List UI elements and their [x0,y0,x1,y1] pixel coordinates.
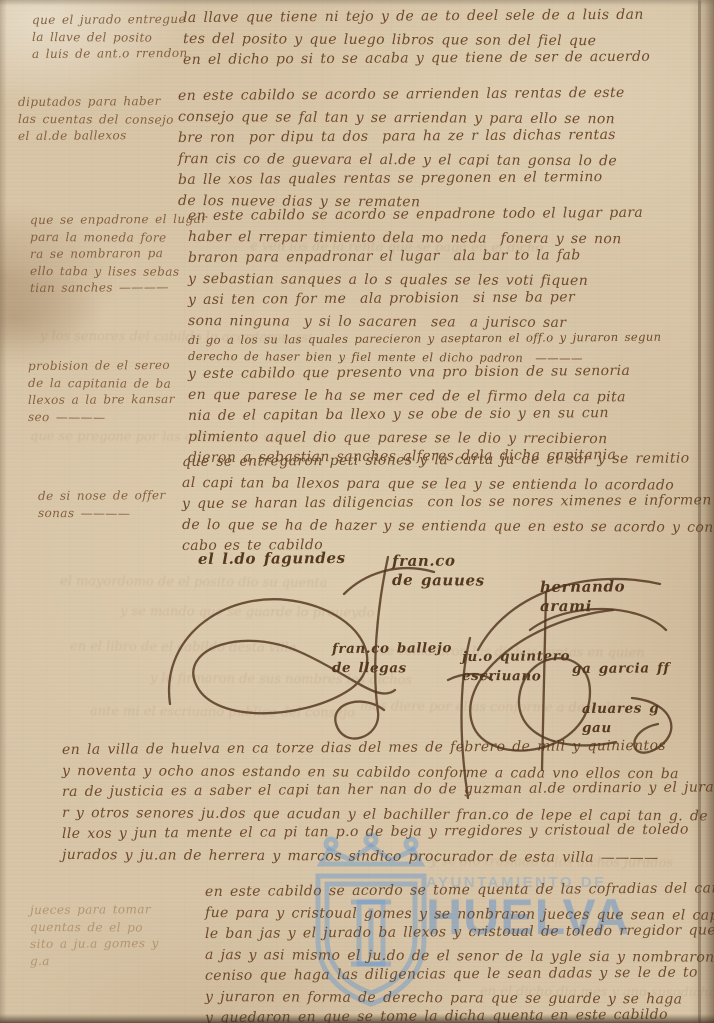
margin-note: diputados para haberlas cuentas del cons… [18,94,186,145]
manuscript-text-line: en este cabildo se acordo se enpadrone t… [188,202,710,227]
manuscript-text-line: llexos a la bre kansar [28,391,190,409]
manuscript-text-line: y asi ten con for me ala probision si ns… [188,286,710,311]
manuscript-text-line: aluares g [582,699,659,719]
manuscript-text-line: ra de justicia es a saber el capi tan he… [62,777,710,803]
manuscript-text-line: diputados para haber [18,93,186,111]
manuscript-text-line: braron para enpadronar el lugar ala bar … [188,244,710,269]
manuscript-text-line: nia de el capitan ba llexo y se obe de s… [188,402,710,427]
margin-note: que se enpadrone el lugarpara la moneda … [30,212,198,297]
manuscript-text-line: g.a [30,953,202,971]
manuscript-text-line: de llegas [332,659,452,679]
bleedthrough-text: en el libro de el cabildo desta villa [70,639,297,656]
signature: el l.do fagundes [198,550,346,569]
signature: fran.code gauues [392,552,485,590]
manuscript-text-line: ra se nombraron pa [30,245,198,263]
manuscript-text-line: tian sanches ———— [30,279,198,297]
manuscript-text-line: bre ron por dipu ta dos para ha ze r las… [178,124,706,149]
manuscript-text-line: y quedaron en que se tome la dicha quent… [205,1004,710,1023]
manuscript-text-line: de si nose de offer [38,487,198,505]
text-block: que se entregaron peti siones y la carta… [182,452,712,557]
signature: aluares ggau [582,700,659,738]
manuscript-text-line: sonas ———— [38,505,198,523]
manuscript-text-line: gau [582,719,659,738]
manuscript-text-line: jueces para tomar [30,901,202,919]
manuscript-text-line: que se entregaron peti siones y la carta… [182,448,712,473]
manuscript-text-line: en el dicho po si to se acaba y que tien… [183,46,698,71]
manuscript-text-line: y este cabildo que presento vna pro bisi… [188,360,710,385]
manuscript-text-line: arami [540,597,625,616]
manuscript-text-line: fran.co [392,551,485,571]
page-edge-shadow [0,0,7,1023]
bleedthrough-text: ante mi el escriuano publico del consejo [90,704,355,721]
margin-note: de si nose de offersonas ———— [38,488,198,522]
manuscript-text-line: el al.de ballexos [18,127,186,145]
text-block: en este cabildo se acordo se arrienden l… [178,86,706,212]
manuscript-text-line: ju.o quintero [462,647,570,667]
manuscript-text-line: lle xos y jun ta mente el ca pi tan p.o … [62,819,710,845]
manuscript-text-line: sito a ju.a gomes y [30,935,202,953]
manuscript-text-line: hernando [540,577,625,597]
manuscript-text-line: ba lle xos las quales rentas se pregonen… [178,166,706,191]
signature: fran.co ballejode llegas [332,640,452,678]
manuscript-text-line: la llave que tiene ni tejo y de ae to de… [183,4,698,29]
margin-note: jueces para tomarquentas de el posito a … [30,902,202,970]
manuscript-text-line: en la villa de huelva en ca torze dias d… [62,735,710,761]
manuscript-text-line: en este cabildo se acordo se arrienden l… [178,82,706,107]
signature: ju.o quinteroescriuano [462,648,570,686]
margin-note: probision de el sereode la capitania de … [28,358,190,426]
manuscript-text-line: a luis de ant.o rrendon [32,45,187,63]
manuscript-text-line: ceniso que haga las diligencias que le s… [205,962,710,987]
manuscript-text-line: escriuano [462,667,570,687]
manuscript-text-line: de gauues [392,571,485,590]
bleedthrough-text: y se mando que se guarde lo proueydo [120,604,375,621]
signature: ga garcia ff [572,660,670,679]
manuscript-text-line: en este cabildo se acordo se tome quenta… [205,878,710,903]
text-block: en la villa de huelva en ca torze dias d… [62,740,710,866]
bleedthrough-text: el mayordomo de el posito dio su quenta [60,574,328,591]
manuscript-text-line: probision de el sereo [28,357,190,375]
text-block: en este cabildo se acordo se enpadrone t… [188,206,710,469]
manuscript-text-line: y que se haran las diligencias con los s… [182,490,712,515]
manuscript-text-line: di go a los su las quales parecieron y a… [188,328,710,348]
manuscript-text-line: fran.co ballejo [332,639,452,659]
manuscript-page: e ven los de la renta que se paga en el … [0,0,714,1023]
manuscript-text-line: jurados y ju.an de herrera y marcos sind… [62,845,710,869]
manuscript-text-line: que se enpadrone el lugar [30,211,198,229]
manuscript-text-line: seo ———— [28,409,190,427]
text-block: la llave que tiene ni tejo y de ae to de… [183,8,698,71]
manuscript-text-line: ga garcia ff [572,659,670,679]
manuscript-text-line: el l.do fagundes [198,549,346,569]
margin-note: que el jurado entreguela llave del posit… [32,12,187,63]
manuscript-text-line: que el jurado entregue [32,11,187,29]
signature: hernandoarami [540,578,625,616]
text-block: en este cabildo se acordo se tome quenta… [205,882,710,1023]
manuscript-text-line: le ban jas y el jurado ba llexos y crist… [205,920,710,945]
